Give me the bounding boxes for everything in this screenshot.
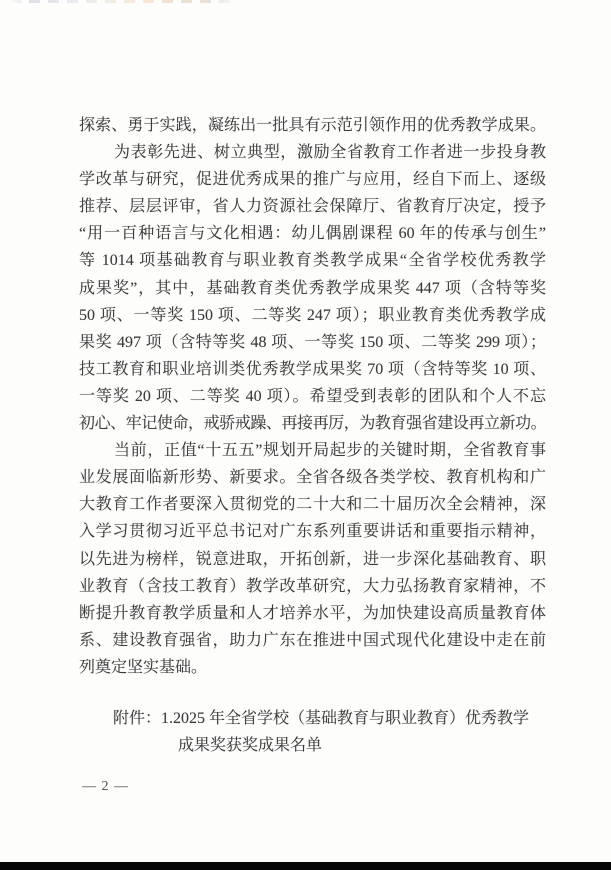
attachment-line-1: 附件：1.2025 年全省学校（基础教育与职业教育）优秀教学 [79, 705, 546, 732]
body-line: 等 1014 项基础教育与职业教育类教学成果“全省学校优秀教学 [79, 247, 546, 274]
body-line: 一等奖 20 项、二等奖 40 项）。希望受到表彰的团队和个人不忘 [79, 383, 546, 410]
scan-artifact-top [10, 0, 238, 3]
body-line: 当前，正值“十五五”规划开局起步的关键时期，全省教育事 [79, 437, 546, 464]
document-body: 探索、勇于实践，凝练出一批具有示范引领作用的优秀教学成果。 为表彰先进、树立典型… [79, 112, 546, 681]
page-number: — 2 — [82, 778, 129, 796]
body-line: 以先进为榜样，锐意进取，开拓创新，进一步深化基础教育、职 [79, 546, 546, 573]
scan-bar-bottom [0, 862, 611, 870]
body-line: 为表彰先进、树立典型，激励全省教育工作者进一步投身教 [79, 139, 546, 166]
body-line: 果奖 497 项（含特等奖 48 项、一等奖 150 项、二等奖 299 项）； [79, 329, 546, 356]
body-line: 学改革与研究，促进优秀成果的推广与应用，经自下而上、逐级 [79, 166, 546, 193]
body-line: 成果奖”，其中，基础教育类优秀教学成果奖 447 项（含特等奖 [79, 275, 546, 302]
body-line: 大教育工作者要深入贯彻党的二十大和二十届历次全会精神，深 [79, 491, 546, 518]
body-line: 列奠定坚实基础。 [79, 654, 546, 681]
attachment-line-2: 成果奖获奖成果名单 [79, 732, 546, 759]
body-line: 探索、勇于实践，凝练出一批具有示范引领作用的优秀教学成果。 [79, 112, 546, 139]
body-line: 业教育（含技工教育）教学改革研究，大力弘扬教育家精神，不 [79, 573, 546, 600]
body-line: 业发展面临新形势、新要求。全省各级各类学校、教育机构和广 [79, 464, 546, 491]
body-line: 技工教育和职业培训类优秀教学成果奖 70 项（含特等奖 10 项、 [79, 356, 546, 383]
body-line: 断提升教育教学质量和人才培养水平，为加快建设高质量教育体 [79, 600, 546, 627]
body-line: 系、建设教育强省，助力广东在推进中国式现代化建设中走在前 [79, 627, 546, 654]
body-line: 初心、牢记使命，戒骄戒躁、再接再厉，为教育强省建设再立新功。 [79, 410, 546, 437]
attachment-block: 附件：1.2025 年全省学校（基础教育与职业教育）优秀教学 成果奖获奖成果名单 [79, 705, 546, 759]
body-line: 推荐、层层评审，省人力资源社会保障厅、省教育厅决定，授予 [79, 193, 546, 220]
body-line: 入学习贯彻习近平总书记对广东系列重要讲话和重要指示精神， [79, 518, 546, 545]
document-page: 探索、勇于实践，凝练出一批具有示范引领作用的优秀教学成果。 为表彰先进、树立典型… [0, 0, 611, 870]
body-line: 50 项、一等奖 150 项、二等奖 247 项）；职业教育类优秀教学成 [79, 302, 546, 329]
body-line: “用一百种语言与文化相遇：幼儿偶剧课程 60 年的传承与创生” [79, 220, 546, 247]
